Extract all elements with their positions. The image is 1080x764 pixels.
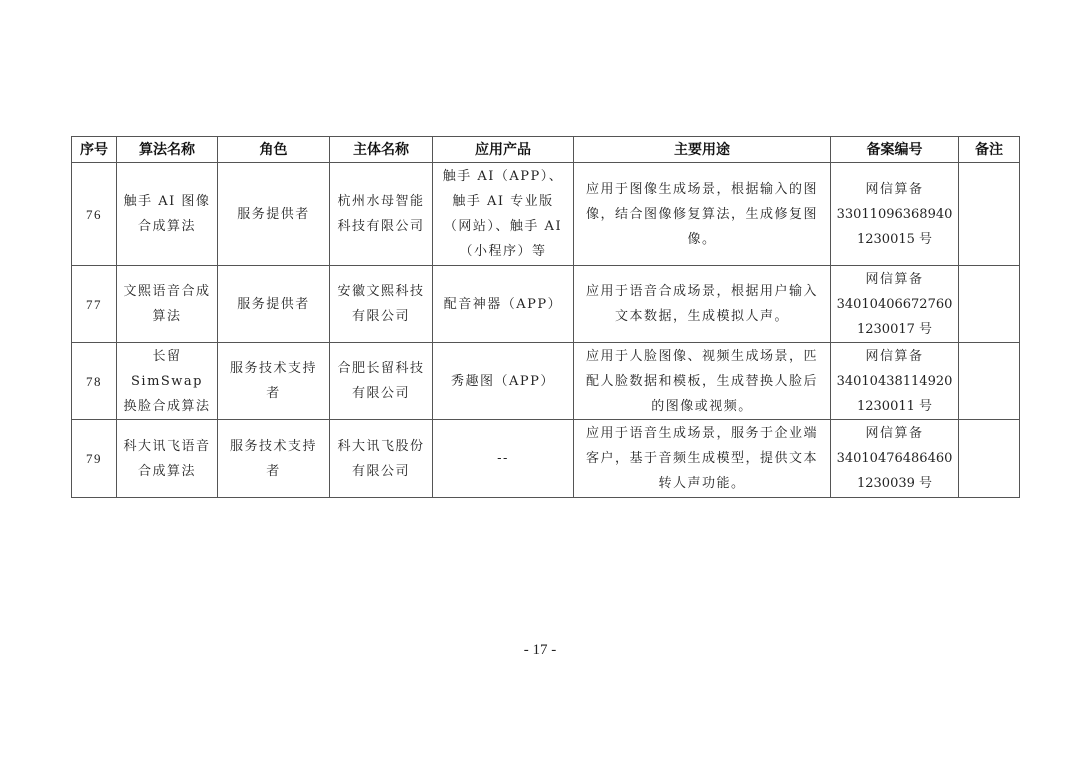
- cell-filing-number: 网信算备 33011096368940 1230015 号: [831, 163, 959, 266]
- table-row: 76 触手 AI 图像合成算法 服务提供者 杭州水母智能科技有限公司 触手 AI…: [72, 163, 1020, 266]
- filing-suffix: 1230039 号: [836, 471, 953, 496]
- header-entity: 主体名称: [330, 137, 433, 163]
- cell-product: --: [433, 420, 574, 498]
- cell-remark: [959, 163, 1020, 266]
- cell-algorithm: 触手 AI 图像合成算法: [117, 163, 218, 266]
- cell-role: 服务技术支持者: [218, 420, 330, 498]
- filing-code: 34010406672760: [836, 292, 953, 317]
- table-row: 79 科大讯飞语音合成算法 服务技术支持者 科大讯飞股份有限公司 -- 应用于语…: [72, 420, 1020, 498]
- cell-algorithm: 文熙语音合成算法: [117, 266, 218, 343]
- filing-suffix: 1230017 号: [836, 317, 953, 342]
- page-number: - 17 -: [0, 642, 1080, 659]
- cell-product: 触手 AI（APP）、触手 AI 专业版（网站）、触手 AI（小程序）等: [433, 163, 574, 266]
- header-product: 应用产品: [433, 137, 574, 163]
- header-filing-number: 备案编号: [831, 137, 959, 163]
- filing-prefix: 网信算备: [836, 267, 953, 292]
- filing-prefix: 网信算备: [836, 344, 953, 369]
- filing-code: 34010476486460: [836, 446, 953, 471]
- table-row: 77 文熙语音合成算法 服务提供者 安徽文熙科技有限公司 配音神器（APP） 应…: [72, 266, 1020, 343]
- cell-no: 76: [72, 163, 117, 266]
- cell-entity: 杭州水母智能科技有限公司: [330, 163, 433, 266]
- cell-no: 79: [72, 420, 117, 498]
- cell-remark: [959, 266, 1020, 343]
- cell-remark: [959, 343, 1020, 420]
- cell-entity: 合肥长留科技有限公司: [330, 343, 433, 420]
- filing-prefix: 网信算备: [836, 177, 953, 202]
- cell-filing-number: 网信算备 34010438114920 1230011 号: [831, 343, 959, 420]
- cell-role: 服务提供者: [218, 266, 330, 343]
- filing-code: 33011096368940: [836, 202, 953, 227]
- cell-filing-number: 网信算备 34010406672760 1230017 号: [831, 266, 959, 343]
- header-purpose: 主要用途: [574, 137, 831, 163]
- header-role: 角色: [218, 137, 330, 163]
- cell-purpose: 应用于人脸图像、视频生成场景，匹配人脸数据和模板，生成替换人脸后的图像或视频。: [574, 343, 831, 420]
- cell-algorithm: 长留 SimSwap 换脸合成算法: [117, 343, 218, 420]
- cell-role: 服务技术支持者: [218, 343, 330, 420]
- filing-suffix: 1230015 号: [836, 227, 953, 252]
- cell-product: 秀趣图（APP）: [433, 343, 574, 420]
- cell-product: 配音神器（APP）: [433, 266, 574, 343]
- cell-remark: [959, 420, 1020, 498]
- algorithm-registry-table: 序号 算法名称 角色 主体名称 应用产品 主要用途 备案编号 备注 76 触手 …: [71, 136, 1020, 498]
- cell-purpose: 应用于图像生成场景，根据输入的图像，结合图像修复算法，生成修复图像。: [574, 163, 831, 266]
- filing-code: 34010438114920: [836, 369, 953, 394]
- cell-purpose: 应用于语音合成场景，根据用户输入文本数据，生成模拟人声。: [574, 266, 831, 343]
- header-no: 序号: [72, 137, 117, 163]
- filing-suffix: 1230011 号: [836, 394, 953, 419]
- filing-prefix: 网信算备: [836, 421, 953, 446]
- cell-no: 77: [72, 266, 117, 343]
- table-header-row: 序号 算法名称 角色 主体名称 应用产品 主要用途 备案编号 备注: [72, 137, 1020, 163]
- table-row: 78 长留 SimSwap 换脸合成算法 服务技术支持者 合肥长留科技有限公司 …: [72, 343, 1020, 420]
- header-algorithm: 算法名称: [117, 137, 218, 163]
- cell-entity: 安徽文熙科技有限公司: [330, 266, 433, 343]
- cell-entity: 科大讯飞股份有限公司: [330, 420, 433, 498]
- cell-role: 服务提供者: [218, 163, 330, 266]
- cell-no: 78: [72, 343, 117, 420]
- header-remark: 备注: [959, 137, 1020, 163]
- cell-purpose: 应用于语音生成场景，服务于企业端客户，基于音频生成模型，提供文本转人声功能。: [574, 420, 831, 498]
- cell-algorithm: 科大讯飞语音合成算法: [117, 420, 218, 498]
- cell-filing-number: 网信算备 34010476486460 1230039 号: [831, 420, 959, 498]
